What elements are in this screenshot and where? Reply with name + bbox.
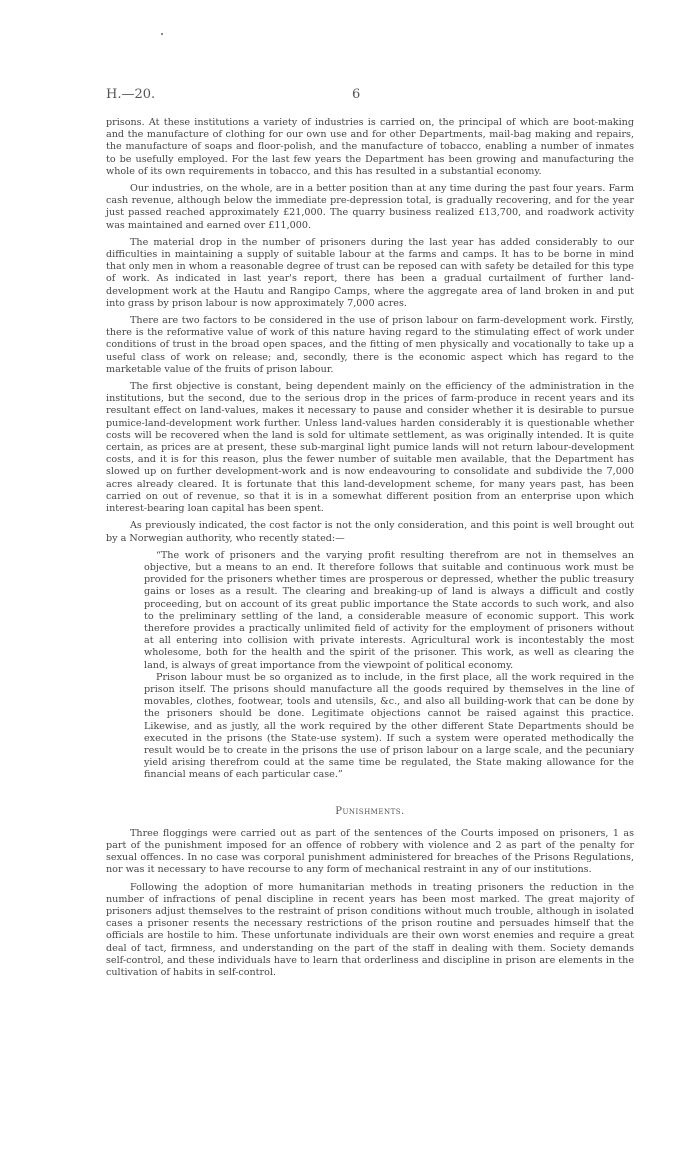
document-reference: H.—20. xyxy=(106,87,155,102)
paragraph: Three floggings were carried out as part… xyxy=(106,828,634,877)
paragraph: The material drop in the number of priso… xyxy=(106,237,634,310)
page-number: 6 xyxy=(352,87,360,102)
block-quote: “The work of prisoners and the varying p… xyxy=(144,550,634,782)
document-page: H.—20. 6 prisons. At these institutions … xyxy=(0,0,700,1169)
page-header: H.—20. 6 xyxy=(106,87,634,107)
document-body: prisons. At these institutions a variety… xyxy=(106,117,634,984)
paragraph: There are two factors to be considered i… xyxy=(106,315,634,376)
section-heading: Punishments. xyxy=(106,806,634,818)
quote-paragraph: “The work of prisoners and the varying p… xyxy=(144,550,634,672)
paragraph: prisons. At these institutions a variety… xyxy=(106,117,634,178)
paragraph: Following the adoption of more humanitar… xyxy=(106,882,634,980)
paragraph: As previously indicated, the cost factor… xyxy=(106,520,634,544)
quote-paragraph: Prison labour must be so organized as to… xyxy=(144,672,634,782)
paragraph: Our industries, on the whole, are in a b… xyxy=(106,183,634,232)
scan-speck xyxy=(161,33,163,35)
paragraph: The first objective is constant, being d… xyxy=(106,381,634,515)
